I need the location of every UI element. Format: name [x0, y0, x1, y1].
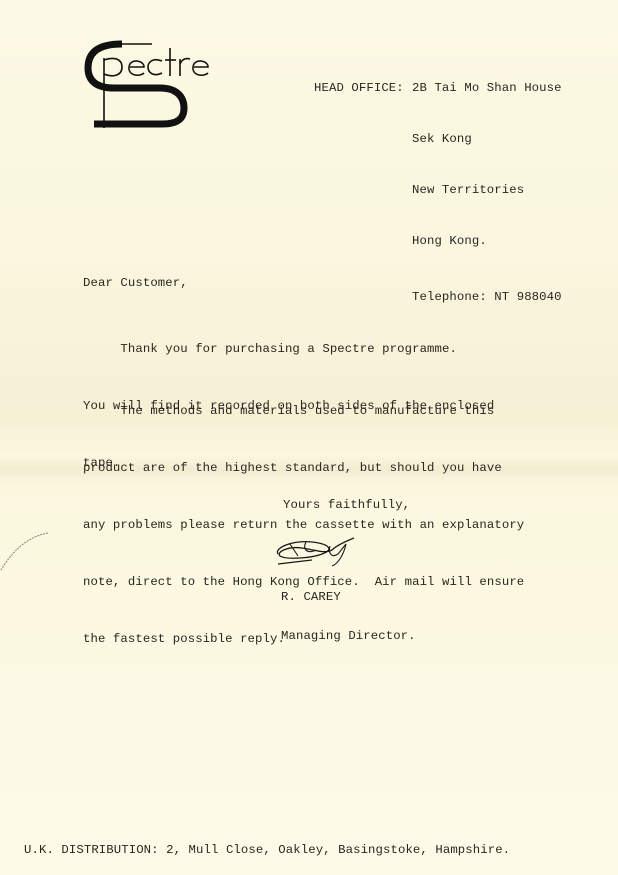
head-office-label: HEAD OFFICE: — [314, 82, 412, 95]
address-line: 2B Tai Mo Shan House — [412, 82, 562, 95]
signer-block: R. CAREY Managing Director. — [281, 565, 416, 656]
signature — [272, 528, 362, 568]
signer-title: Managing Director. — [281, 630, 416, 643]
closing: Yours faithfully, — [283, 496, 410, 515]
address-line: New Territories — [412, 184, 524, 197]
spectre-logo — [82, 36, 222, 128]
text-line: The methods and materials used to manufa… — [83, 402, 524, 421]
address-line: Hong Kong. — [412, 235, 487, 248]
text-line: Thank you for purchasing a Spectre progr… — [83, 340, 494, 359]
uk-distribution-footer: U.K. DISTRIBUTION: 2, Mull Close, Oakley… — [24, 841, 510, 860]
head-office-address: HEAD OFFICE:2B Tai Mo Shan House Sek Kon… — [314, 44, 562, 323]
address-line: Sek Kong — [412, 133, 472, 146]
signer-name: R. CAREY — [281, 591, 416, 604]
text-line: product are of the highest standard, but… — [83, 459, 524, 478]
salutation: Dear Customer, — [83, 274, 188, 293]
pencil-mark — [0, 530, 50, 580]
